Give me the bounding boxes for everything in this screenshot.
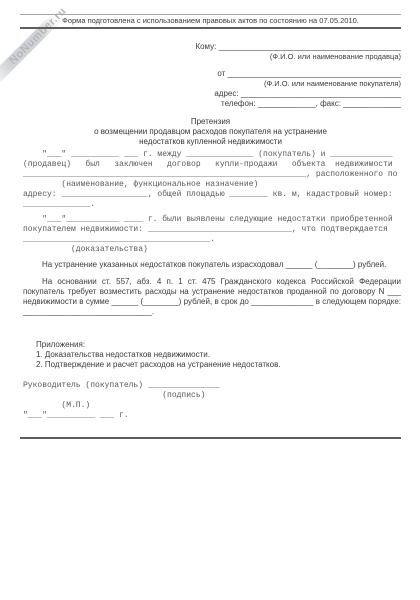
top-rule <box>20 14 401 15</box>
addressee-from-caption: (Ф.И.О. или наименование покупателя) <box>181 79 401 89</box>
attachments-heading: Приложения: <box>36 340 400 350</box>
attachments-block: Приложения: 1. Доказательства недостатко… <box>36 340 400 370</box>
signature-block: Руководитель (покупатель) ______________… <box>23 381 220 421</box>
document-title-line1: Претензия <box>20 117 401 127</box>
attachment-item-1: 1. Доказательства недостатков недвижимос… <box>36 350 400 360</box>
header-rule <box>20 27 401 29</box>
addressee-address-line: адрес: _________________________________… <box>181 89 401 99</box>
addressee-from-line: от _____________________________________… <box>181 69 401 79</box>
document-page: NoNumber.ru Форма подготовлена с использ… <box>0 0 420 600</box>
document-title-line3: недостатков купленной недвижимости <box>20 137 401 147</box>
document-title: Претензия о возмещении продавцом расходо… <box>20 117 401 147</box>
watermark-text: NoNumber.ru <box>4 2 72 70</box>
demand-paragraph: На основании ст. 557, абз. 4 п. 1 ст. 47… <box>23 277 401 317</box>
attachment-item-2: 2. Подтверждение и расчет расходов на ус… <box>36 360 400 370</box>
addressee-block: Кому: __________________________________… <box>181 42 401 109</box>
addressee-to-caption: (Ф.И.О. или наименование продавца) <box>181 52 401 62</box>
expenses-paragraph: На устранение указанных недостатков поку… <box>23 260 401 270</box>
contract-paragraph: "___" __________ ___ г. между __________… <box>23 150 397 210</box>
addressee-to-line: Кому: __________________________________… <box>181 42 401 52</box>
addressee-phone-fax-line: телефон: _____________, факс: __________… <box>181 99 401 109</box>
defects-paragraph: "___"___________ ____ г. были выявлены с… <box>23 215 393 255</box>
bottom-rule <box>20 437 401 439</box>
form-note: Форма подготовлена с использованием прав… <box>20 16 401 26</box>
document-title-line2: о возмещении продавцом расходов покупате… <box>20 127 401 137</box>
